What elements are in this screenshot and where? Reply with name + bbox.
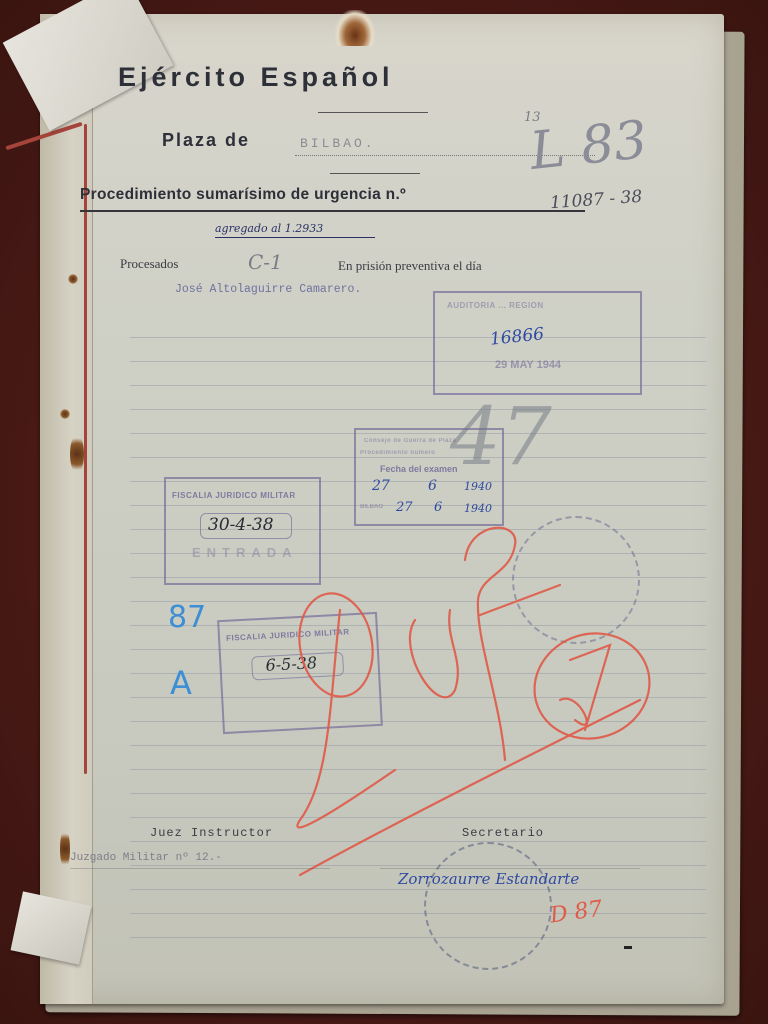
- court-line: Juzgado Militar nº 12.-: [70, 852, 222, 864]
- pencil-center-mark: 47: [450, 390, 552, 483]
- title-rule: [318, 112, 428, 113]
- exam-month: 6: [428, 478, 437, 494]
- stamp-date: 29 MAY 1944: [495, 359, 561, 371]
- exam-month-2: 6: [434, 500, 442, 515]
- stamp-footer: ENTRADA: [192, 545, 298, 560]
- ruled-lines: [130, 314, 706, 944]
- prision-label: En prisión preventiva el día: [338, 258, 482, 274]
- stamp-header: AUDITORIA ... REGION: [447, 301, 544, 310]
- plaza-value: BILBAO.: [300, 136, 376, 151]
- rust-spot: [60, 829, 70, 869]
- plaza-rule: [330, 173, 420, 174]
- procedure-subnote: agregado al 1.2933: [215, 222, 323, 235]
- corner-pencil-mark: L 83: [527, 110, 650, 182]
- blue-crayon-letter: A: [170, 664, 192, 702]
- stamp-fiscalia-2: FISCALIA JURIDICO MILITAR 6-5-38: [217, 612, 383, 734]
- procedure-underline: [80, 210, 585, 212]
- rust-spot: [70, 434, 84, 474]
- stamp-header: FISCALIA JURIDICO MILITAR: [172, 491, 296, 500]
- stamp-date: 6-5-38: [265, 653, 317, 675]
- rust-spot: [60, 409, 70, 419]
- stamp-title: Fecha del examen: [380, 464, 458, 474]
- plaza-label: Plaza de: [162, 130, 250, 151]
- subnote-underline: [215, 237, 375, 238]
- exam-place: BILBAO: [360, 504, 383, 510]
- print-code: [624, 946, 632, 949]
- binding-thread: [84, 124, 87, 774]
- round-seal-upper: [512, 516, 640, 644]
- stamp-auditoria: AUDITORIA ... REGION 16866 29 MAY 1944: [433, 291, 642, 395]
- stamp-number: 16866: [489, 324, 545, 350]
- folded-corner-bottom: [11, 891, 92, 964]
- secretary-label: Secretario: [462, 826, 544, 840]
- blue-crayon-number: 87: [168, 600, 206, 635]
- rust-hole: [335, 10, 375, 46]
- exam-year-2: 1940: [464, 502, 492, 515]
- procesados-code: C-1: [248, 250, 283, 274]
- secretary-signature: Zorrozaurre Estandarte: [398, 870, 579, 888]
- stamp-fiscalia-1: FISCALIA JURIDICO MILITAR 30-4-38 ENTRAD…: [164, 477, 321, 585]
- rust-spot: [68, 274, 78, 284]
- round-seal-lower: [424, 842, 552, 970]
- header-title: Ejército Español: [118, 62, 394, 93]
- judge-sign-line: [70, 868, 330, 869]
- stamp-date: 30-4-38: [208, 515, 274, 535]
- exam-day-2: 27: [396, 500, 413, 515]
- exam-day: 27: [372, 478, 390, 494]
- defendant-name: José Altolaguirre Camarero.: [175, 283, 361, 296]
- stamp-header-line1: Consejo de Guerra de Plaza: [364, 438, 456, 444]
- procedure-label: Procedimiento sumarísimo de urgencia n.º: [80, 186, 406, 204]
- judge-label: Juez Instructor: [150, 826, 273, 840]
- stamp-header: FISCALIA JURIDICO MILITAR: [226, 627, 350, 642]
- procesados-label: Procesados: [120, 256, 179, 272]
- stamp-header-line2: Procedimiento número: [360, 450, 435, 456]
- secretary-sign-line: [380, 868, 640, 869]
- thread-knot: [5, 122, 82, 151]
